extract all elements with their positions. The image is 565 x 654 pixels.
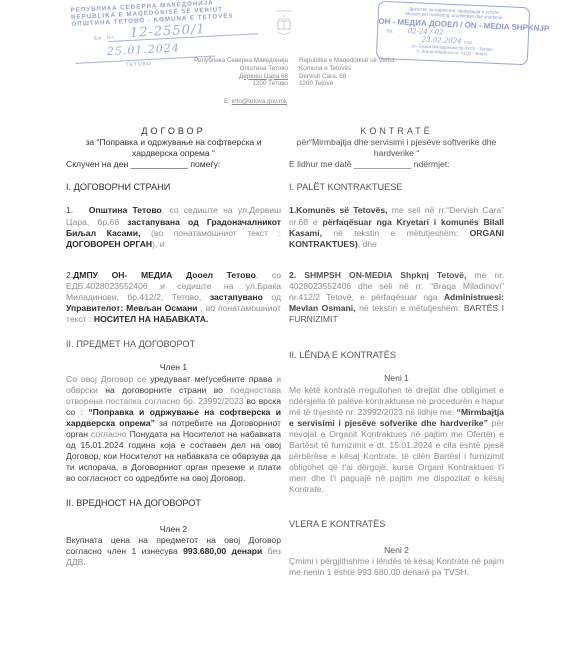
party-text: në tekstin e mëtutjeshëm: — [322, 228, 470, 238]
article-text: уредуваат меѓусебните права — [150, 374, 272, 384]
letterhead-address-sq: Republika e Maqedonisë së Veriut Komuna … — [299, 57, 439, 88]
concluded-date-line: E lidhur me datë ____________ ndërmjet: — [289, 159, 504, 170]
article-text: на договорните страни во — [105, 385, 223, 395]
stamp-number-label: Бр. — [386, 29, 394, 34]
email-label: E: — [224, 98, 230, 105]
article-2-text: Вкупната цена на предметот на овој Догов… — [66, 535, 281, 568]
article-text: согласно — [88, 429, 130, 439]
party-text: (во понатамошниот текст : — [140, 228, 281, 238]
letterhead-address-mk: Република Северна Македонија Општина Тет… — [175, 57, 288, 88]
contract-column-mk: ДОГОВОР за “Поправка и одржување на софт… — [66, 126, 281, 568]
article-text: për nevojat e Organit Kontraktues në paj… — [289, 418, 504, 495]
address-line: 1200 Тетово — [175, 80, 288, 88]
article-2-text: Çmimi i përgjithshme i lëndës të kësaj K… — [289, 556, 504, 578]
article-text: Çmimi i përgjithshme i lëndës të kësaj K… — [289, 556, 504, 577]
section-heading-value: VLERA E KONTRATËS — [289, 519, 504, 530]
party-text: , dhe — [358, 239, 377, 249]
contract-value: 993.680,00 денари — [183, 546, 262, 556]
contract-subtitle: за “Поправка и одржување на софтверска и… — [66, 137, 281, 159]
address-line: Komuna e Tetovës — [299, 65, 439, 73]
contract-subtitle: për“Mirmbajtja dhe servisimi i pjesëve s… — [289, 137, 504, 159]
party-text: në tekstin e mëtutjeshëm: — [356, 303, 464, 313]
section-heading-parties: I. PALËT KONTRAKTUESE — [289, 182, 504, 193]
party-name: 2. SHMPSH ON-MEDIA Shpknj Tetovë, — [289, 270, 466, 280]
letterhead-email: E: info@tetova.gov.mk — [224, 98, 287, 105]
document-page: РЕПУБЛИКА СЕВЕРНА МАКЕДОНИЈА REPUBLIKA E… — [0, 0, 565, 654]
address-line: Република Северна Македонија — [175, 57, 288, 65]
article-text: Со овој Договор се — [66, 374, 150, 384]
municipal-crest-icon — [273, 8, 295, 38]
address-line: Дервиш Цара 68 — [175, 73, 288, 81]
party-1-paragraph: 1.Komunës së Tetovës, me seli në rr.“Der… — [289, 205, 504, 249]
stamp-city: ТЕТОВО — [125, 61, 151, 68]
party-name: Општина Тетово — [89, 205, 162, 215]
address-line: Општина Тетово — [175, 65, 288, 73]
party-number: 1. — [66, 205, 73, 215]
article-2-title: Neni 2 — [289, 545, 504, 556]
party-1-paragraph: 1. Општина Тетово, со седиште на ул.Дерв… — [66, 205, 281, 249]
section-heading-parties: I. ДОГОВОРНИ СТРАНИ — [66, 182, 281, 193]
contract-title: KONTRATË — [289, 126, 504, 137]
address-line: Republika e Maqedonisë së Veriut — [299, 57, 439, 65]
party-2-paragraph: 2.ДМПУ ОН- МЕДИА Дооел Тетово, со ЕДБ.40… — [66, 270, 281, 325]
company-registry-stamp: Друштво за маркетинг, продукција и услуг… — [376, 1, 530, 66]
contract-column-sq: KONTRATË për“Mirmbajtja dhe servisimi i … — [289, 126, 504, 578]
party-name: ДМПУ ОН- МЕДИА Дооел Тетово — [73, 270, 256, 280]
article-1-text: Со овој Договор се уредуваат меѓусебните… — [66, 374, 281, 485]
party-represented-label: застапувано — [210, 292, 263, 302]
section-heading-value: II. ВРЕДНОСТ НА ДОГОВОРОТ — [66, 498, 281, 509]
article-1-title: Член 1 — [66, 362, 281, 373]
email-link[interactable]: info@tetova.gov.mk — [232, 98, 287, 105]
party-text: од — [263, 292, 281, 302]
section-heading-subject: II. ПРЕДМЕТ НА ДОГОВОРОТ — [66, 339, 281, 350]
address-line: Dervish Cara, 68 — [299, 73, 439, 81]
address-line: 1200 Tetovë — [299, 80, 439, 88]
party-role: НОСИТЕЛ НА НАБАВКАТА. — [94, 314, 208, 324]
concluded-date-line: Склучен на ден ____________ помеѓу: — [66, 159, 281, 170]
party-2-paragraph: 2. SHMPSH ON-MEDIA Shpknj Tetovë, me nr.… — [289, 270, 504, 325]
scan-fade-overlay — [505, 150, 565, 654]
article-1-text: Me këtë kontratë rregullohen të drejtat … — [289, 385, 504, 496]
article-2-title: Член 2 — [66, 524, 281, 535]
contract-title: ДОГОВОР — [66, 126, 281, 137]
party-text: ), и — [152, 239, 164, 249]
stamp-date-handwritten: 25.01.2024 — [107, 41, 181, 58]
party-representative: Управителот: Мевљан Османи — [66, 303, 198, 313]
party-role: ДОГОВОРЕН ОРГАН — [66, 239, 152, 249]
party-name: 1.Komunës së Tetovës, — [289, 205, 388, 215]
article-1-title: Neni 1 — [289, 373, 504, 384]
section-heading-subject: II. LËNDA E KONTRATËS — [289, 350, 504, 361]
